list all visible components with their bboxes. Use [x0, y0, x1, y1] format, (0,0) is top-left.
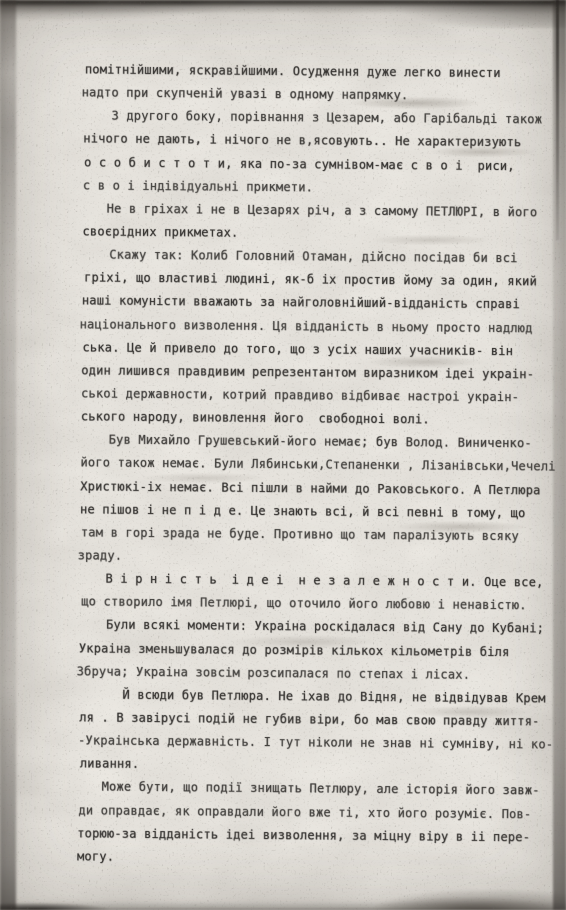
document-line: зраду.: [78, 544, 562, 571]
document-line: Не в гріхах і не в Цезарях річ, а з само…: [81, 197, 565, 224]
document-line: торюю-за відданість ідеі визволення, за …: [77, 822, 559, 849]
document-line: -Украінська державність. І тут ніколи не…: [78, 729, 560, 756]
document-line: ськоі державности, котрий правдиво відби…: [81, 382, 563, 409]
document-line: З другого боку, порівнання з Цезарем, аб…: [85, 105, 565, 132]
scanned-document-page: помітнійшими, яскравійшими. Осудження ду…: [0, 0, 566, 910]
document-line: що створило імя Петлюрі, що оточило його…: [81, 591, 561, 618]
document-line: національного визволення. Ця відданість …: [80, 313, 564, 340]
document-text-block: помітнійшими, яскравійшими. Осудження ду…: [0, 58, 566, 873]
document-line: його також немає. Були Лябинськи,Степане…: [80, 452, 562, 479]
document-line: Скажу так: Колиб Головний Отаман, дійсно…: [83, 244, 564, 271]
document-line: могу.: [77, 845, 559, 872]
scan-edge-top: [0, 0, 566, 28]
document-line: Збруча; Украіна зовсім розсипалася по ст…: [77, 660, 561, 687]
document-line: ди оправдає, як оправдали його вже ті, х…: [78, 799, 559, 826]
scan-edge-bottom: [0, 882, 566, 910]
document-line: Були всякі моменти: Украіна роскідалася …: [80, 614, 561, 641]
